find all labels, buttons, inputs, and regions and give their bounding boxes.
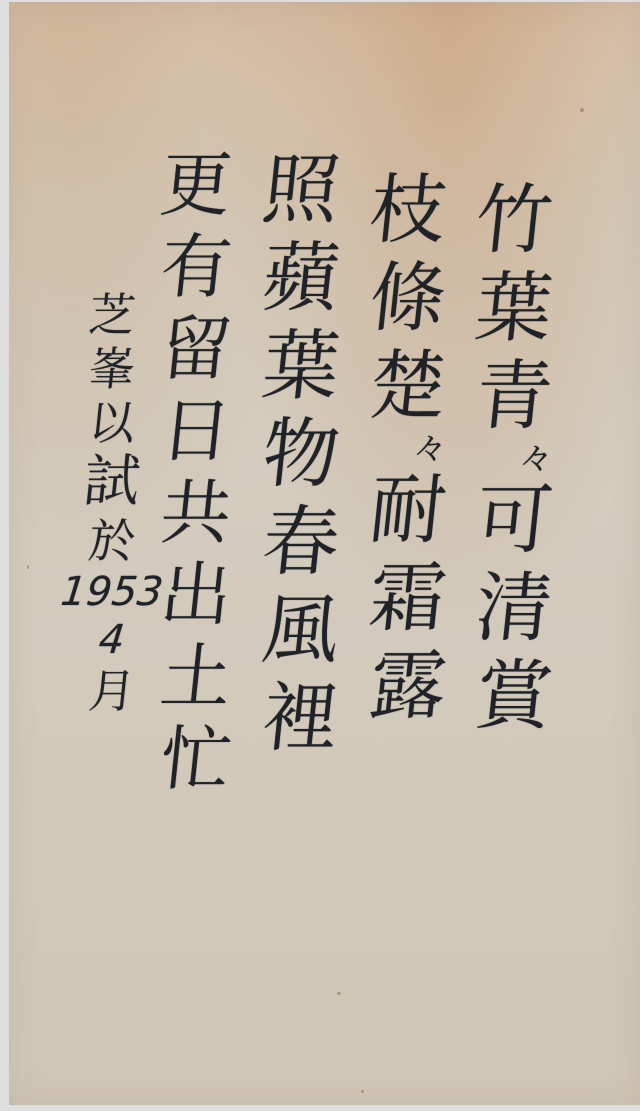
- calligraphy-char: 有: [157, 232, 234, 302]
- calligraphy-char: 枝: [366, 172, 450, 248]
- calligraphy-char: 竹: [472, 182, 556, 258]
- calligraphy-char: 土: [157, 642, 234, 712]
- signature-column: 芝 峯 以 試 於 1953 4 月: [61, 292, 163, 722]
- calligraphy-char: 出: [157, 560, 234, 630]
- calligraphy-char: 可: [472, 482, 556, 558]
- calligraphy-char: 照: [259, 152, 343, 228]
- repeat-mark: 々: [517, 442, 555, 476]
- calligraphy-char: 共: [157, 478, 234, 548]
- calligraphy-column-4: 更 有 留 日 共 出 土 忙: [161, 150, 231, 806]
- signature-month-number: 4: [97, 620, 127, 660]
- calligraphy-char: 物: [259, 416, 343, 492]
- calligraphy-char: 霜: [366, 560, 450, 636]
- signature-year: 1953: [59, 572, 165, 612]
- calligraphy-char: 日: [157, 396, 234, 466]
- paper-speck: [580, 108, 584, 112]
- calligraphy-char: 青: [472, 358, 556, 434]
- paper-speck: [337, 992, 341, 995]
- image-frame: 竹 葉 青 々 可 清 賞 枝 條 楚 々 耐 霜 露 照 蘋 葉 物 春 風 …: [0, 0, 640, 1111]
- repeat-mark: 々: [411, 432, 449, 466]
- calligraphy-char: 清: [472, 570, 556, 646]
- signature-char: 以: [86, 400, 137, 446]
- calligraphy-char: 留: [157, 314, 234, 384]
- paper-speck: [27, 565, 29, 569]
- calligraphy-column-1: 竹 葉 青 々 可 清 賞: [475, 182, 553, 746]
- signature-char: 芝: [86, 292, 137, 338]
- calligraphy-char: 風: [259, 592, 343, 668]
- calligraphy-char: 忙: [157, 724, 234, 794]
- calligraphy-char: 條: [366, 260, 450, 336]
- calligraphy-char: 露: [366, 648, 450, 724]
- calligraphy-char: 葉: [472, 270, 556, 346]
- signature-char: 峯: [86, 346, 137, 392]
- calligraphy-char: 春: [259, 504, 343, 580]
- calligraphy-column-2: 枝 條 楚 々 耐 霜 露: [369, 172, 447, 736]
- paper-speck: [361, 1090, 364, 1093]
- aged-paper-sheet: 竹 葉 青 々 可 清 賞 枝 條 楚 々 耐 霜 露 照 蘋 葉 物 春 風 …: [9, 2, 640, 1105]
- signature-char: 試: [81, 454, 143, 510]
- calligraphy-char: 裡: [259, 680, 343, 756]
- calligraphy-char: 葉: [259, 328, 343, 404]
- calligraphy-char: 更: [157, 150, 234, 220]
- calligraphy-column-3: 照 蘋 葉 物 春 風 裡: [263, 152, 339, 768]
- calligraphy-char: 楚: [366, 348, 450, 424]
- signature-month-char: 月: [86, 668, 137, 714]
- calligraphy-char: 耐: [366, 472, 450, 548]
- calligraphy-char: 賞: [472, 658, 556, 734]
- calligraphy-char: 蘋: [259, 240, 343, 316]
- signature-char: 於: [86, 518, 137, 564]
